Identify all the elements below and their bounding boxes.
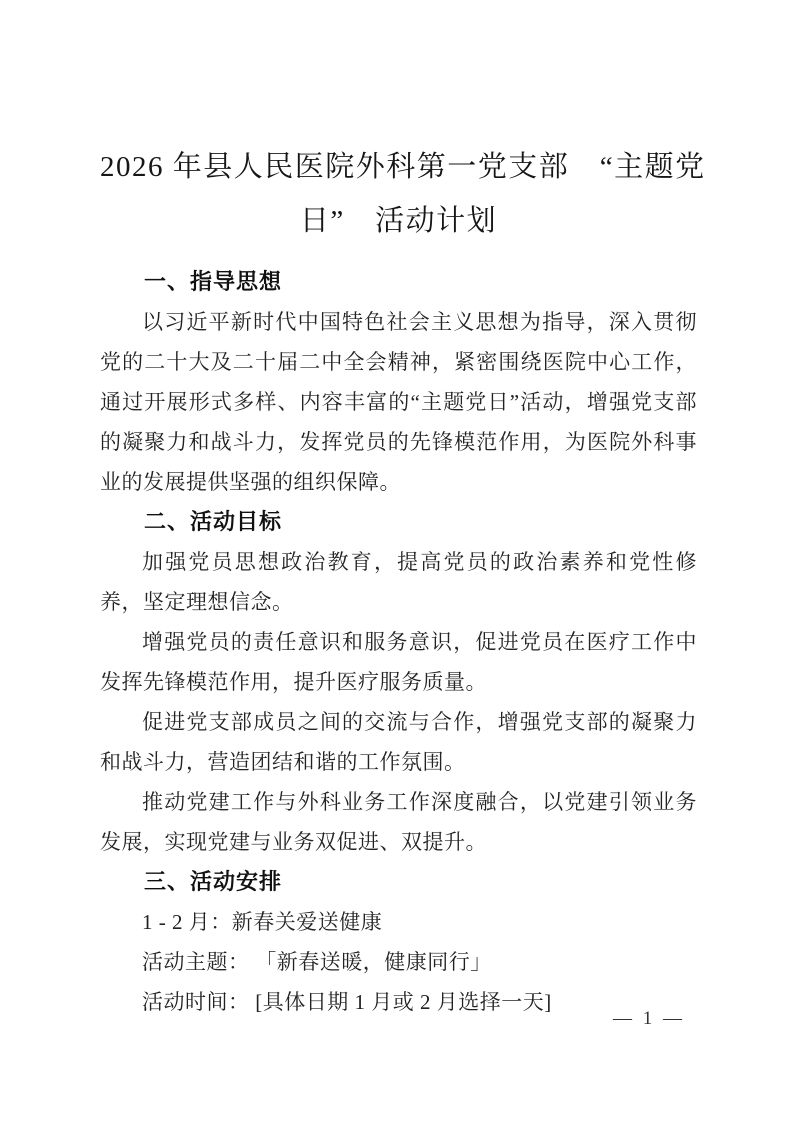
- document-title: 2026 年县人民医院外科第一党支部 “主题党 日” 活动计划: [100, 140, 697, 248]
- schedule-month-line: 1 - 2 月：新春关爱送健康: [100, 902, 697, 942]
- document-title-line1: 2026 年县人民医院外科第一党支部 “主题党: [100, 140, 697, 194]
- paragraph-goal-cohesion: 促进党支部成员之间的交流与合作，增强党支部的凝聚力和战斗力，营造团结和谐的工作氛…: [100, 702, 697, 782]
- schedule-time-line: 活动时间： [具体日期 1 月或 2 月选择一天]: [100, 982, 697, 1022]
- document-title-line2: 日” 活动计划: [100, 194, 697, 248]
- schedule-theme-line: 活动主题： 「新春送暖，健康同行」: [100, 942, 697, 982]
- paragraph-guiding-ideology: 以习近平新时代中国特色社会主义思想为指导，深入贯彻党的二十大及二十届二中全会精神…: [100, 302, 697, 502]
- section-heading-activity-goals: 二、活动目标: [100, 502, 697, 542]
- section-heading-guiding-ideology: 一、指导思想: [100, 262, 697, 302]
- paragraph-goal-responsibility: 增强党员的责任意识和服务意识，促进党员在医疗工作中发挥先锋模范作用，提升医疗服务…: [100, 622, 697, 702]
- section-heading-activity-schedule: 三、活动安排: [100, 862, 697, 902]
- paragraph-goal-education: 加强党员思想政治教育，提高党员的政治素养和党性修养，坚定理想信念。: [100, 542, 697, 622]
- page-number: — 1 —: [613, 1008, 685, 1030]
- paragraph-goal-integration: 推动党建工作与外科业务工作深度融合，以党建引领业务发展，实现党建与业务双促进、双…: [100, 782, 697, 862]
- document-body: 2026 年县人民医院外科第一党支部 “主题党 日” 活动计划 一、指导思想 以…: [100, 140, 697, 1022]
